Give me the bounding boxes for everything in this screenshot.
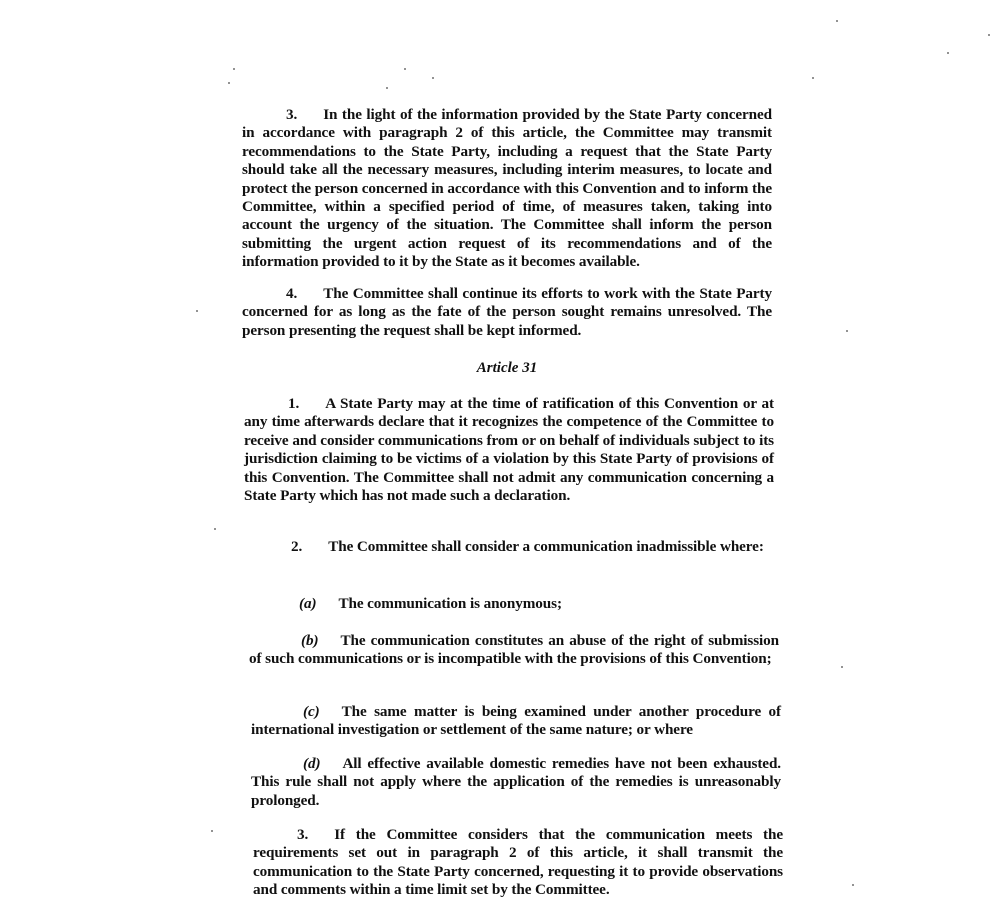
paragraph-text: In the light of the information provided…: [242, 106, 772, 270]
scan-speck: [233, 68, 235, 70]
paragraph-art30-3: 3.In the light of the information provid…: [242, 106, 772, 272]
paragraph-number: 2.: [291, 538, 302, 556]
paragraph-number: 4.: [286, 285, 297, 303]
paragraph-number: 1.: [288, 395, 299, 413]
subparagraph-letter: (a): [299, 595, 316, 613]
scan-speck: [432, 77, 434, 79]
subparagraph-b: (b)The communication constitutes an abus…: [249, 632, 779, 669]
scan-speck: [386, 87, 388, 89]
paragraph-art31-3: 3.If the Committee considers that the co…: [253, 826, 783, 900]
subparagraph-a: (a)The communication is anonymous;: [247, 595, 777, 613]
subparagraph-text: The same matter is being examined under …: [251, 703, 781, 738]
paragraph-art30-4: 4.The Committee shall continue its effor…: [242, 285, 772, 340]
article-heading: Article 31: [242, 360, 772, 377]
subparagraph-d: (d)All effective available domestic reme…: [251, 755, 781, 810]
scan-speck: [196, 310, 198, 312]
paragraph-art31-2: 2.The Committee shall consider a communi…: [247, 538, 777, 556]
scan-speck: [841, 666, 843, 668]
scan-speck: [846, 330, 848, 332]
scanned-document-page: 3.In the light of the information provid…: [0, 0, 993, 919]
subparagraph-text: The communication is anonymous;: [338, 595, 561, 612]
subparagraph-letter: (b): [301, 632, 318, 650]
paragraph-text: The Committee shall consider a communica…: [328, 538, 764, 555]
paragraph-number: 3.: [297, 826, 308, 844]
subparagraph-letter: (c): [303, 703, 320, 721]
scan-speck: [214, 528, 216, 530]
paragraph-text: If the Committee considers that the comm…: [253, 826, 783, 898]
subparagraph-text: All effective available domestic remedie…: [251, 755, 781, 809]
scan-speck: [988, 34, 990, 36]
scan-speck: [836, 20, 838, 22]
scan-speck: [812, 77, 814, 79]
scan-speck: [228, 82, 230, 84]
subparagraph-letter: (d): [303, 755, 320, 773]
paragraph-art31-1: 1.A State Party may at the time of ratif…: [244, 395, 774, 505]
paragraph-number: 3.: [286, 106, 297, 124]
scan-speck: [211, 830, 213, 832]
paragraph-text: The Committee shall continue its efforts…: [242, 285, 772, 339]
scan-speck: [947, 52, 949, 54]
scan-speck: [404, 68, 406, 70]
subparagraph-text: The communication constitutes an abuse o…: [249, 632, 779, 667]
paragraph-text: A State Party may at the time of ratific…: [244, 395, 774, 504]
subparagraph-c: (c)The same matter is being examined und…: [251, 703, 781, 740]
scan-speck: [852, 884, 854, 886]
